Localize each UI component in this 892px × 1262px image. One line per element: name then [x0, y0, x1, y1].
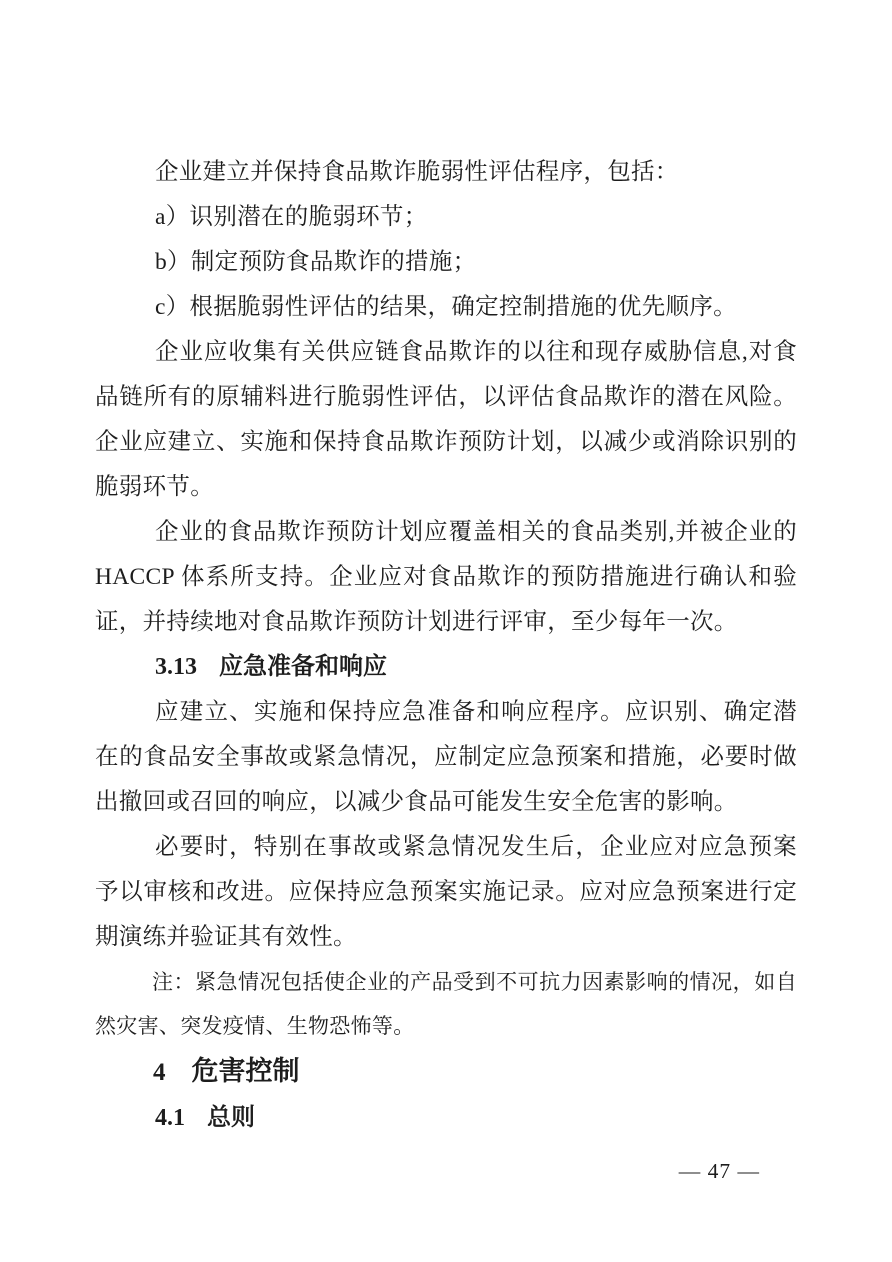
- chapter-title: 危害控制: [192, 1056, 300, 1086]
- paragraph-food-fraud-intro: 企业建立并保持食品欺诈脆弱性评估程序，包括：: [95, 150, 797, 195]
- paragraph-emergency-establish: 应建立、实施和保持应急准备和响应程序。应识别、确定潜在的食品安全事故或紧急情况，…: [95, 690, 797, 825]
- section-title: 应急准备和响应: [219, 654, 387, 680]
- document-page: 企业建立并保持食品欺诈脆弱性评估程序，包括： a）识别潜在的脆弱环节； b）制定…: [0, 0, 892, 1262]
- section-number: 4.1: [155, 1105, 185, 1131]
- list-item-b: b）制定预防食品欺诈的措施；: [95, 240, 797, 285]
- paragraph-emergency-review: 必要时，特别在事故或紧急情况发生后，企业应对应急预案予以审核和改进。应保持应急预…: [95, 825, 797, 960]
- section-heading-4-1: 4.1总则: [95, 1096, 797, 1141]
- paragraph-food-fraud-plan: 企业的食品欺诈预防计划应覆盖相关的食品类别,并被企业的 HACCP 体系所支持。…: [95, 510, 797, 645]
- section-heading-3-13: 3.13应急准备和响应: [95, 645, 797, 690]
- list-item-c: c）根据脆弱性评估的结果，确定控制措施的优先顺序。: [95, 285, 797, 330]
- page-number: — 47 —: [95, 1157, 797, 1185]
- section-title: 总则: [207, 1105, 255, 1131]
- chapter-number: 4: [153, 1059, 166, 1086]
- list-item-a: a）识别潜在的脆弱环节；: [95, 195, 797, 240]
- note-emergency-definition: 注：紧急情况包括使企业的产品受到不可抗力因素影响的情况，如自然灾害、突发疫情、生…: [95, 960, 797, 1048]
- section-number: 3.13: [155, 654, 197, 680]
- paragraph-food-fraud-collect: 企业应收集有关供应链食品欺诈的以往和现存威胁信息,对食品链所有的原辅料进行脆弱性…: [95, 330, 797, 510]
- chapter-heading-4: 4危害控制: [95, 1048, 797, 1096]
